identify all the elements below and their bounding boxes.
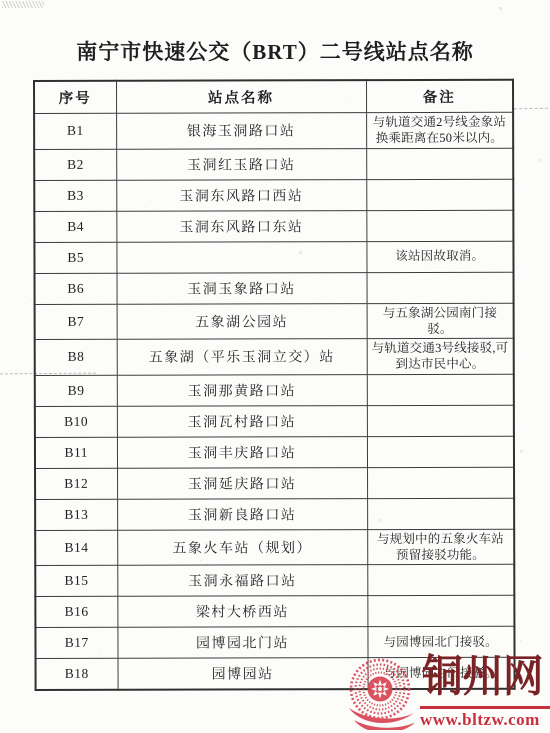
remark-cell — [367, 564, 514, 595]
remark-cell — [367, 436, 514, 467]
serial-cell: B11 — [35, 437, 117, 468]
station-cell: 玉洞东风路口东站 — [116, 210, 366, 242]
remark-cell — [366, 148, 513, 179]
scanned-document-page: 南宁市快速公交（BRT）二号线站点名称 序号 站点名称 备注 B1银海玉洞路口站… — [0, 0, 550, 733]
table-row: B10玉洞瓦村路口站 — [35, 405, 514, 437]
col-header-station: 站点名称 — [116, 80, 366, 113]
station-cell: 五象湖公园站 — [117, 303, 367, 339]
seal-logo-icon — [348, 658, 414, 730]
serial-cell: B6 — [35, 273, 117, 304]
table-row: B6玉洞玉象路口站 — [35, 272, 514, 304]
serial-cell: B15 — [35, 565, 117, 596]
serial-cell: B16 — [35, 596, 117, 627]
remark-cell — [367, 374, 514, 405]
station-cell: 园博园北门站 — [117, 627, 367, 659]
serial-cell: B2 — [34, 149, 116, 180]
table-row: B11玉洞丰庆路口站 — [35, 436, 514, 468]
table-row: B4玉洞东风路口东站 — [34, 210, 513, 242]
table-row: B8五象湖（平乐玉洞立交）站与轨道交通3号线接驳,可到达市民中心。 — [35, 338, 514, 375]
serial-cell: B14 — [35, 530, 117, 566]
table-row: B7五象湖公园站与五象湖公园南门接驳。 — [35, 303, 514, 340]
scan-artifact-top-left — [2, 1, 44, 8]
table-row: B3玉洞东风路口西站 — [34, 179, 513, 211]
table-row: B12玉洞延庆路口站 — [35, 467, 514, 499]
station-cell — [116, 241, 366, 273]
serial-cell: B5 — [34, 242, 116, 273]
scan-artifact-dash — [514, 108, 548, 110]
station-cell: 玉洞瓦村路口站 — [117, 405, 367, 437]
station-cell: 五象湖（平乐玉洞立交）站 — [117, 339, 367, 375]
remark-cell — [366, 179, 513, 210]
watermark: 铜州网 www.bltzw.com — [338, 650, 550, 733]
serial-cell: B3 — [34, 180, 116, 211]
scan-noise-speckles — [0, 0, 1, 1]
serial-cell: B18 — [36, 658, 118, 690]
remark-cell — [367, 498, 514, 529]
watermark-underline — [420, 706, 550, 709]
serial-cell: B9 — [35, 375, 117, 406]
remark-cell — [367, 405, 514, 436]
table-row: B9玉洞那黄路口站 — [35, 374, 514, 406]
serial-cell: B4 — [34, 211, 116, 242]
station-cell: 玉洞红玉路口站 — [116, 148, 366, 180]
station-cell: 梁村大桥西站 — [117, 596, 367, 628]
serial-cell: B8 — [35, 339, 117, 375]
table-row: B1银海玉洞路口站与轨道交通2号线金象站换乘距离在50米以内。 — [34, 112, 513, 149]
serial-cell: B17 — [35, 627, 117, 658]
serial-cell: B1 — [34, 113, 116, 149]
remark-cell — [366, 210, 513, 241]
table-row: B15玉洞永福路口站 — [35, 564, 514, 596]
col-header-serial: 序号 — [34, 81, 116, 114]
table-row: B13玉洞新良路口站 — [35, 498, 514, 530]
station-cell: 五象火车站（规划） — [117, 529, 367, 565]
station-cell: 园博园站 — [118, 658, 368, 690]
table-row: B14五象火车站（规划）与规划中的五象火车站预留接驳功能。 — [35, 529, 514, 566]
station-cell: 玉洞新良路口站 — [117, 498, 367, 530]
station-cell: 玉洞玉象路口站 — [117, 272, 367, 304]
remark-cell — [367, 595, 514, 626]
page-title: 南宁市快速公交（BRT）二号线站点名称 — [0, 36, 550, 66]
station-cell: 玉洞永福路口站 — [117, 565, 367, 597]
remark-cell — [367, 467, 514, 498]
remark-cell — [367, 272, 514, 303]
station-cell: 玉洞东风路口西站 — [116, 179, 366, 211]
col-header-remark: 备注 — [366, 80, 513, 113]
station-cell: 玉洞那黄路口站 — [117, 374, 367, 406]
table-row: B2玉洞红玉路口站 — [34, 148, 513, 180]
remark-cell: 与轨道交通2号线金象站换乘距离在50米以内。 — [366, 112, 513, 148]
remark-cell: 与轨道交通3号线接驳,可到达市民中心。 — [367, 338, 514, 374]
watermark-site-name: 铜州网 — [422, 654, 542, 700]
station-cell: 玉洞延庆路口站 — [117, 467, 367, 499]
station-table: 序号 站点名称 备注 B1银海玉洞路口站与轨道交通2号线金象站换乘距离在50米以… — [33, 79, 516, 691]
serial-cell: B12 — [35, 468, 117, 499]
serial-cell: B7 — [35, 304, 117, 340]
watermark-site-url: www.bltzw.com — [420, 710, 550, 730]
remark-cell: 与规划中的五象火车站预留接驳功能。 — [367, 529, 514, 565]
serial-cell: B10 — [35, 406, 117, 437]
table-row: B16梁村大桥西站 — [35, 595, 514, 627]
station-cell: 银海玉洞路口站 — [116, 113, 366, 149]
serial-cell: B13 — [35, 499, 117, 530]
table-row: B5该站因故取消。 — [34, 241, 513, 273]
station-cell: 玉洞丰庆路口站 — [117, 436, 367, 468]
remark-cell: 与五象湖公园南门接驳。 — [367, 303, 514, 339]
remark-cell: 该站因故取消。 — [366, 241, 513, 272]
table-header-row: 序号 站点名称 备注 — [34, 80, 513, 114]
